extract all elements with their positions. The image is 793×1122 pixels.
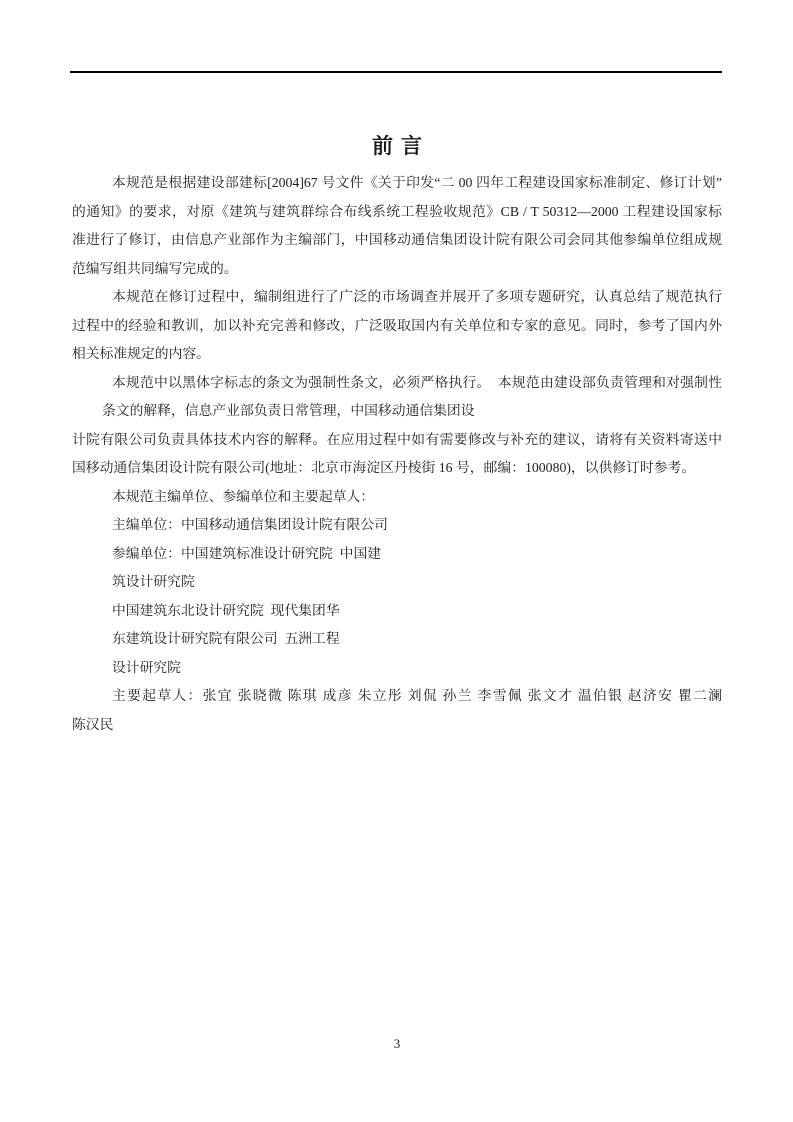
text-line: 设计研究院 xyxy=(72,654,722,683)
document-lines: 本规范是根据建设部建标[2004]67 号文件《关于印发“二 00 四年工程建设… xyxy=(72,169,722,739)
text-line: 相关标准规定的内容。 xyxy=(72,340,722,369)
text-line: 东建筑设计研究院有限公司 五洲工程 xyxy=(72,625,722,654)
text-line: 准进行了修订，由信息产业部作为主编部门，中国移动通信集团设计院有限公司会同其他参… xyxy=(72,226,722,255)
text-line: 本规范在修订过程中，编制组进行了广泛的市场调查并展开了多项专题研究，认真总结了规… xyxy=(72,283,722,312)
text-line: 本规范主编单位、参编单位和主要起草人： xyxy=(72,483,722,512)
text-line: 主编单位：中国移动通信集团设计院有限公司 xyxy=(72,511,722,540)
header-rule xyxy=(70,71,722,73)
text-line: 过程中的经验和教训，加以补充完善和修改，广泛吸取国内有关单位和专家的意见。同时，… xyxy=(72,312,722,341)
text-line: 计院有限公司负责具体技术内容的解释。在应用过程中如有需要修改与补充的建议，请将有… xyxy=(72,426,722,455)
text-line: 参编单位：中国建筑标准设计研究院 中国建 xyxy=(72,540,722,569)
text-line: 的通知》的要求，对原《建筑与建筑群综合布线系统工程验收规范》CB / T 503… xyxy=(72,198,722,227)
text-line: 本规范中以黑体字标志的条文为强制性条文，必须严格执行。 本规范由建设部负责管理和… xyxy=(72,369,722,398)
text-line: 陈汉民 xyxy=(72,711,722,740)
page-number: 3 xyxy=(72,1036,722,1052)
document-page: 前言 本规范是根据建设部建标[2004]67 号文件《关于印发“二 00 四年工… xyxy=(0,0,793,1122)
text-line: 中国建筑东北设计研究院 现代集团华 xyxy=(72,597,722,626)
text-line: 本规范是根据建设部建标[2004]67 号文件《关于印发“二 00 四年工程建设… xyxy=(72,169,722,198)
page-title: 前言 xyxy=(72,133,722,159)
text-line: 筑设计研究院 xyxy=(72,568,722,597)
text-line: 范编写组共同编写完成的。 xyxy=(72,255,722,284)
text-line: 国移动通信集团设计院有限公司(地址：北京市海淀区丹棱街 16 号，邮编：1000… xyxy=(72,454,722,483)
text-line: 条文的解释，信息产业部负责日常管理，中国移动通信集团设 xyxy=(72,397,722,426)
text-line: 主要起草人：张宜 张晓微 陈琪 成彦 朱立彤 刘侃 孙兰 李雪佩 张文才 温伯银… xyxy=(72,682,722,711)
